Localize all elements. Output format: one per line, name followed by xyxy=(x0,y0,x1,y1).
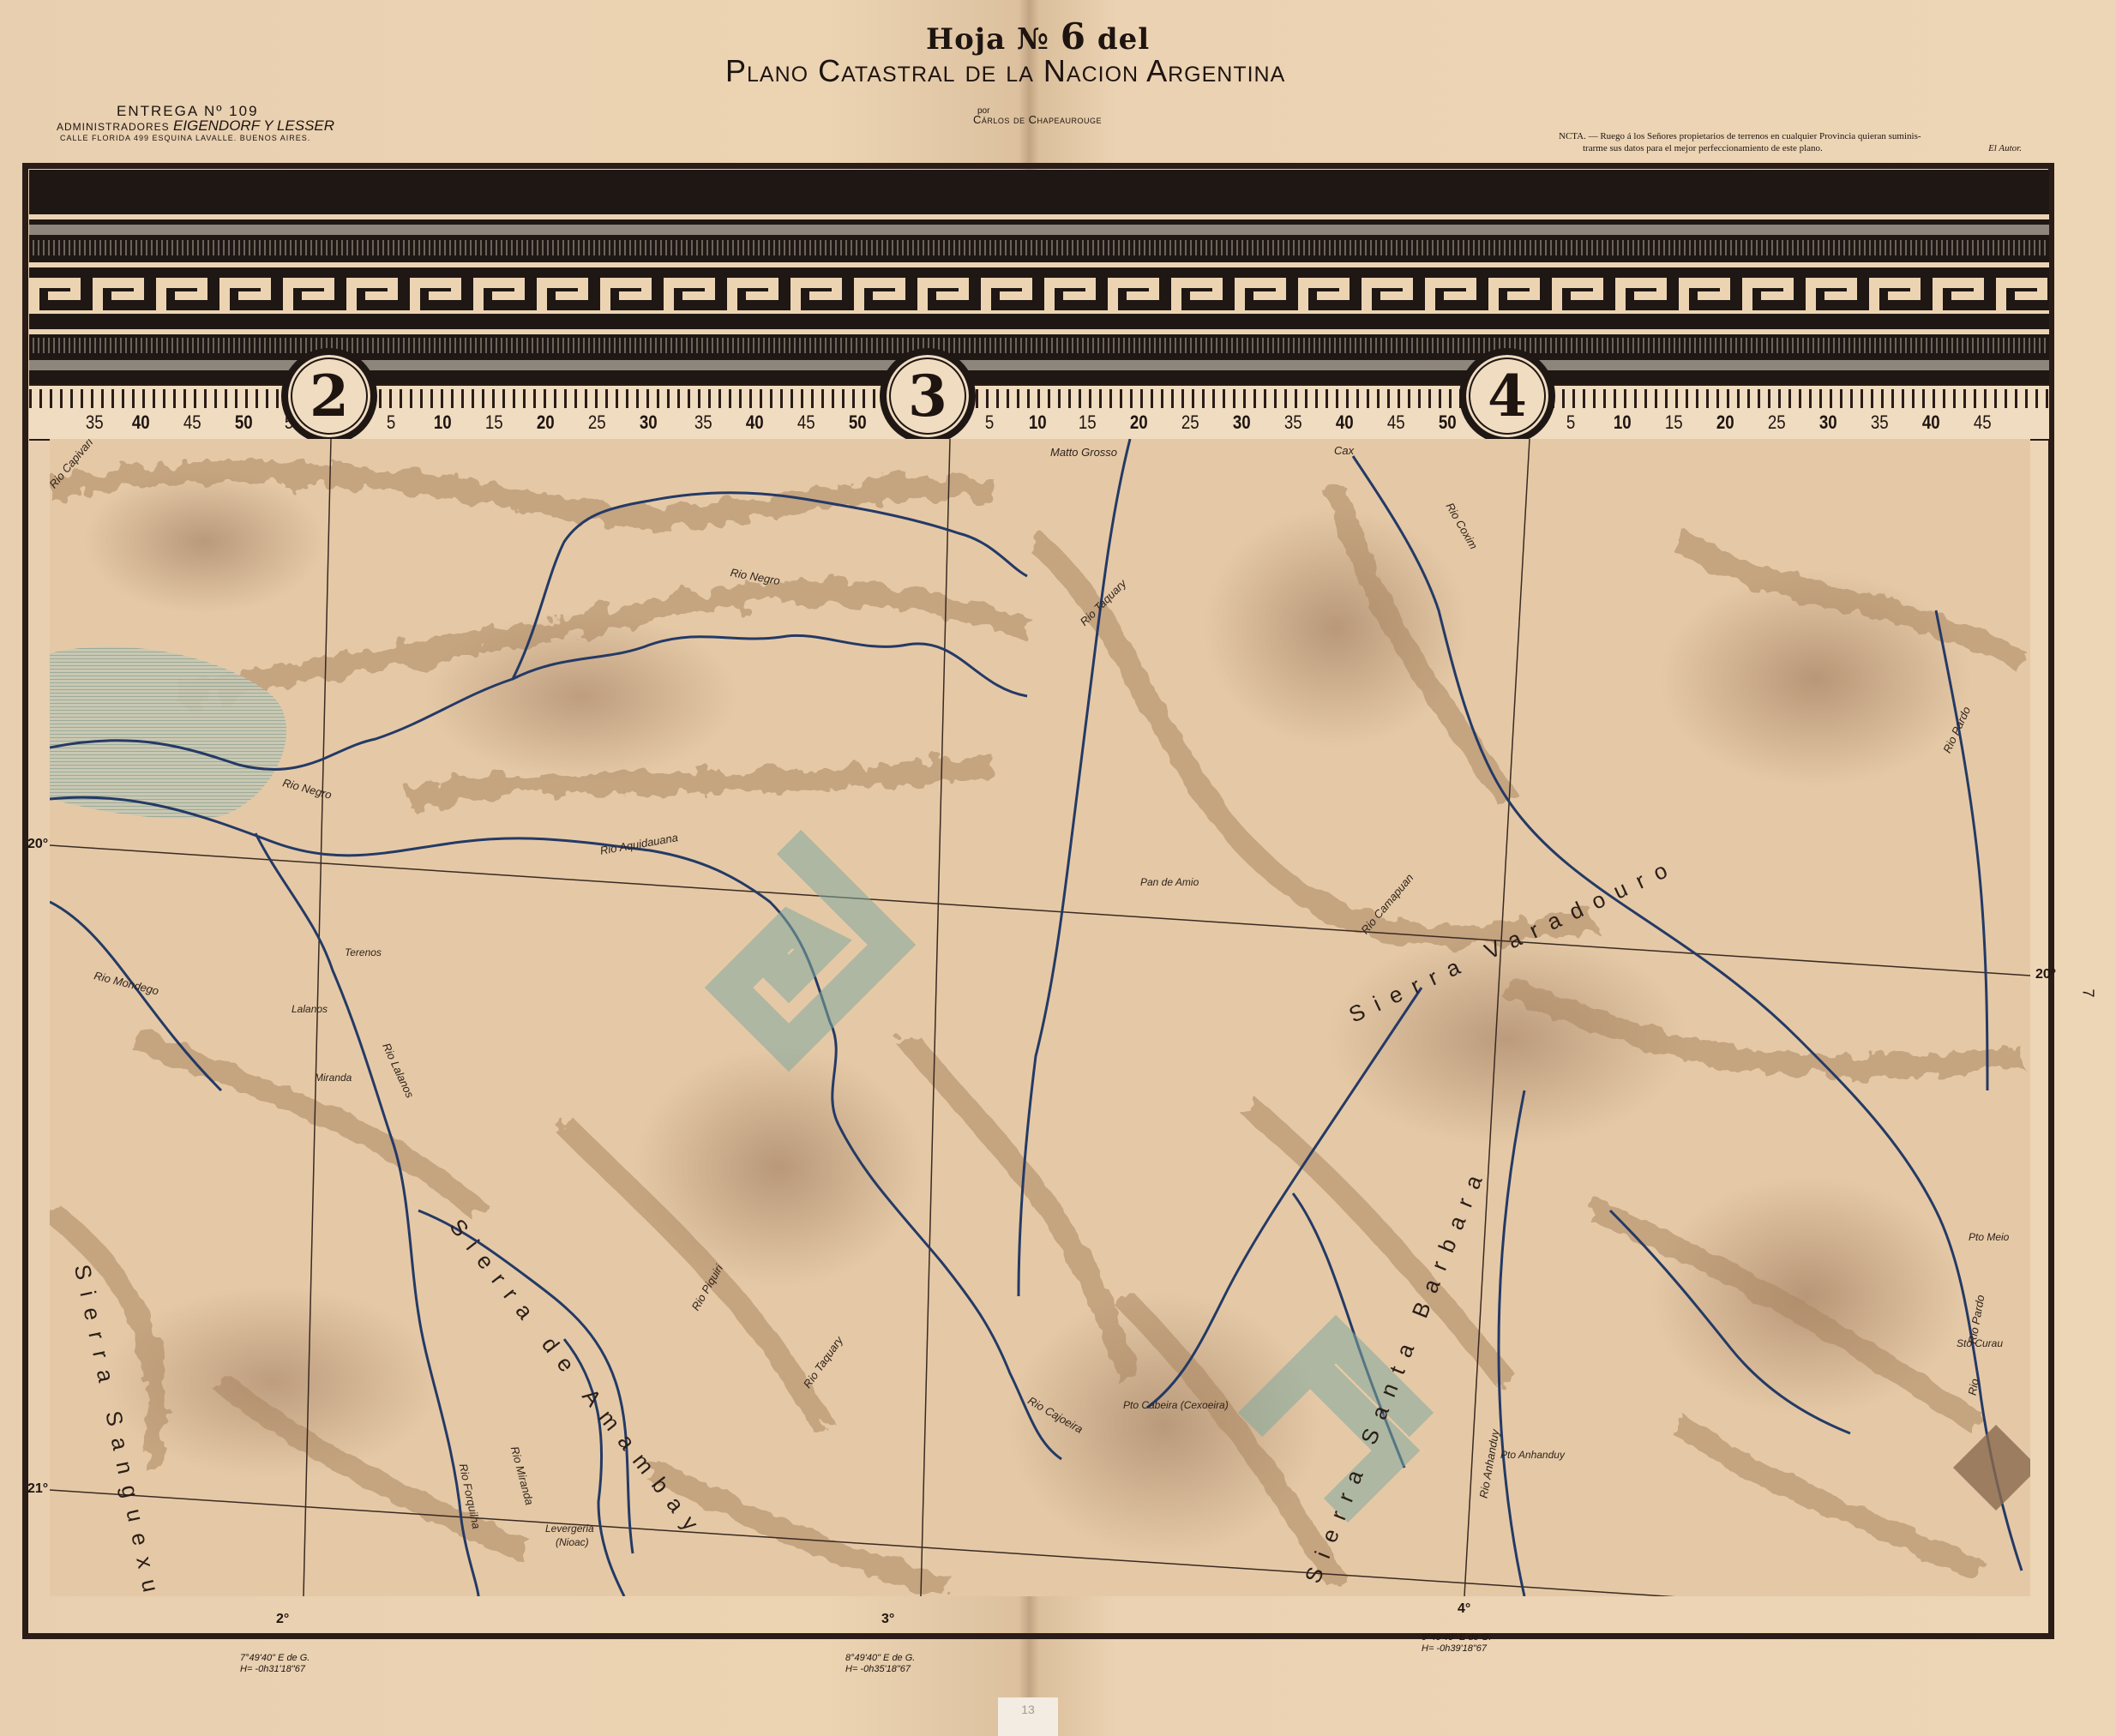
scale-tick-label: 5 xyxy=(1566,411,1575,434)
scale-tick-label: 50 xyxy=(849,411,867,434)
map-features xyxy=(50,439,2030,1596)
latitude-label: 21° xyxy=(27,1481,48,1497)
scale-tick-label: 30 xyxy=(1233,411,1251,434)
author-name: Cárlos de Chapeaurouge xyxy=(973,113,1102,126)
scale-tick-label: 45 xyxy=(797,411,815,434)
scale-tick-label: 30 xyxy=(1819,411,1837,434)
region-label: Cax xyxy=(1334,444,1354,457)
scale-tick-label: 40 xyxy=(746,411,764,434)
place-label: Miranda xyxy=(315,1072,352,1084)
scale-tick-label: 10 xyxy=(1029,411,1047,434)
map-title: Plano Catastral de la Nacion Argentina xyxy=(725,53,1285,89)
scale-tick-label: 25 xyxy=(1768,411,1786,434)
administrators-label: ADMINISTRADORES xyxy=(57,121,170,133)
scale-tick-label: 15 xyxy=(1665,411,1683,434)
rivers xyxy=(50,439,2022,1596)
note-line-2: trarme sus datos para el mejor perfeccio… xyxy=(1583,143,1823,153)
scale-tick-label: 15 xyxy=(485,411,503,434)
scale-tick-label: 45 xyxy=(1387,411,1405,434)
sheet-number-sign: № xyxy=(1017,22,1049,57)
scale-tick-label: 40 xyxy=(132,411,150,434)
scale-tick-label: 20 xyxy=(1716,411,1734,434)
latitude-label: 20° xyxy=(2035,967,2056,982)
sheet-number: 6 xyxy=(1061,15,1086,57)
scale-tick-label: 50 xyxy=(1439,411,1457,434)
note-signature: El Autor. xyxy=(1988,142,2022,154)
scale-tick-label: 15 xyxy=(1079,411,1097,434)
longitude-coordinates: 7°49'40" E de G.H= -0h31'18"67 xyxy=(240,1653,310,1675)
place-label: Sto Curau xyxy=(1957,1337,2003,1349)
scale-tick-label: 30 xyxy=(640,411,658,434)
note-line-1: NCTA. — Ruego á los Señores propietarios… xyxy=(1559,130,2022,142)
greek-key-meander-icon xyxy=(29,269,2049,321)
latitude-label: 20° xyxy=(27,837,48,852)
scale-tick-label: 35 xyxy=(86,411,104,434)
scale-tick-label: 25 xyxy=(1181,411,1199,434)
scale-tick-label: 5 xyxy=(985,411,994,434)
administrators: ADMINISTRADORES EIGENDORF Y LESSER xyxy=(57,117,334,135)
g-watermark xyxy=(1953,1425,2030,1511)
scale-tick-label: 10 xyxy=(434,411,452,434)
scale-tick-label: 40 xyxy=(1922,411,1940,434)
place-label: Lalanos xyxy=(292,1003,328,1015)
place-label: Pan de Amio xyxy=(1140,876,1199,888)
sheet-column-medallion: 4 xyxy=(1459,348,1555,444)
page-number: 7 xyxy=(2079,988,2097,997)
longitude-coordinates: 8°49'40" E de G.H= -0h35'18"67 xyxy=(845,1653,915,1675)
administrators-name: EIGENDORF Y LESSER xyxy=(173,117,334,134)
place-label: Terenos xyxy=(345,946,382,958)
sheet-suffix: del xyxy=(1097,22,1150,57)
sheet-prefix: Hoja xyxy=(926,22,1006,57)
longitude-coordinates: 9°49'40" E de G.H= -0h39'18"67 xyxy=(1422,1632,1491,1655)
sheet-title: Hoja № 6 del xyxy=(926,15,1150,57)
publisher-address: CALLE FLORIDA 499 ESQUINA LAVALLE. BUENO… xyxy=(60,134,310,142)
longitude-label: 3° xyxy=(881,1612,894,1627)
scale-tick-label: 10 xyxy=(1614,411,1632,434)
scale-tick-label: 45 xyxy=(1974,411,1992,434)
relief-contours xyxy=(50,472,2022,1588)
author-note: NCTA. — Ruego á los Señores propietarios… xyxy=(1559,130,2022,154)
sheet-column-medallion: 3 xyxy=(880,348,976,444)
map-area[interactable]: Matto GrossoCaxRio CapivariRio NegroRio … xyxy=(50,439,2030,1596)
longitude-label: 2° xyxy=(276,1612,289,1627)
place-label: Pto Anhanduy xyxy=(1500,1449,1565,1461)
scale-tick-label: 35 xyxy=(1871,411,1889,434)
library-sticker: 13 xyxy=(998,1697,1058,1736)
scale-tick-label: 45 xyxy=(183,411,201,434)
scale-tick-label: 35 xyxy=(694,411,712,434)
place-label: Levergeria xyxy=(545,1523,594,1535)
sheet-column-medallion: 2 xyxy=(281,348,377,444)
scale-tick-label: 20 xyxy=(537,411,555,434)
graticule-lines xyxy=(50,439,2030,1596)
scale-tick-label: 40 xyxy=(1336,411,1354,434)
scale-tick-label: 20 xyxy=(1130,411,1148,434)
longitude-label: 4° xyxy=(1458,1601,1470,1617)
scale-tick-label: 5 xyxy=(387,411,395,434)
region-label: Matto Grosso xyxy=(1050,446,1117,459)
scale-tick-label: 35 xyxy=(1284,411,1302,434)
scale-tick-label: 25 xyxy=(588,411,606,434)
place-label: Pto Meio xyxy=(1969,1231,2009,1243)
place-label: Pto Cabeira (Cexoeira) xyxy=(1123,1399,1229,1411)
place-label: (Nioac) xyxy=(556,1536,589,1548)
scale-tick-label: 50 xyxy=(235,411,253,434)
